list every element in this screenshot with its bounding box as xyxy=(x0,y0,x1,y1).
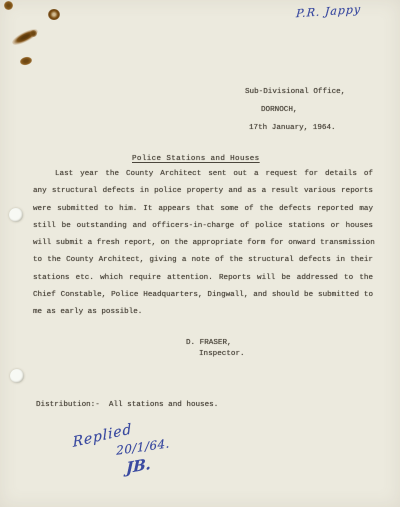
handwritten-initials: JB. xyxy=(126,455,151,478)
body-line: Last year the County Architect sent out … xyxy=(33,170,373,187)
body-line: still be outstanding and officers-in-cha… xyxy=(33,222,373,239)
signature-rank: Inspector. xyxy=(199,346,245,363)
letterhead-town: DORNOCH, xyxy=(261,102,297,119)
body-line: will submit a fresh report, on the appro… xyxy=(33,239,373,256)
body-line: to the County Architect, giving a note o… xyxy=(33,256,373,273)
body-line: were submitted to him. It appears that s… xyxy=(33,205,373,222)
distribution-line: Distribution:- All stations and houses. xyxy=(36,397,218,414)
rust-stain-speck xyxy=(30,30,37,37)
letterhead-office: Sub-Divisional Office, xyxy=(245,84,345,101)
letterhead-date: 17th January, 1964. xyxy=(249,120,336,137)
rust-stain-small xyxy=(4,1,13,10)
rust-stain-ring xyxy=(48,9,60,20)
subject-title: Police Stations and Houses xyxy=(132,151,260,168)
handwritten-replied-date: 20/1/64. xyxy=(116,436,170,458)
handwritten-name-annotation: P.R. Jappy xyxy=(296,3,362,21)
letter-page: P.R. Jappy Sub-Divisional Office, DORNOC… xyxy=(0,0,400,507)
rust-stain-oval xyxy=(19,56,32,66)
punch-hole-bottom xyxy=(10,369,24,383)
body-line: Chief Constable, Police Headquarters, Di… xyxy=(33,291,373,308)
letter-body: Last year the County Architect sent out … xyxy=(33,170,373,326)
body-line: any structural defects in police propert… xyxy=(33,187,373,204)
punch-hole-top xyxy=(9,208,23,222)
body-line: stations etc. which require attention. R… xyxy=(33,274,373,291)
body-line: me as early as possible. xyxy=(33,308,373,325)
rust-stain-streak xyxy=(10,26,39,48)
